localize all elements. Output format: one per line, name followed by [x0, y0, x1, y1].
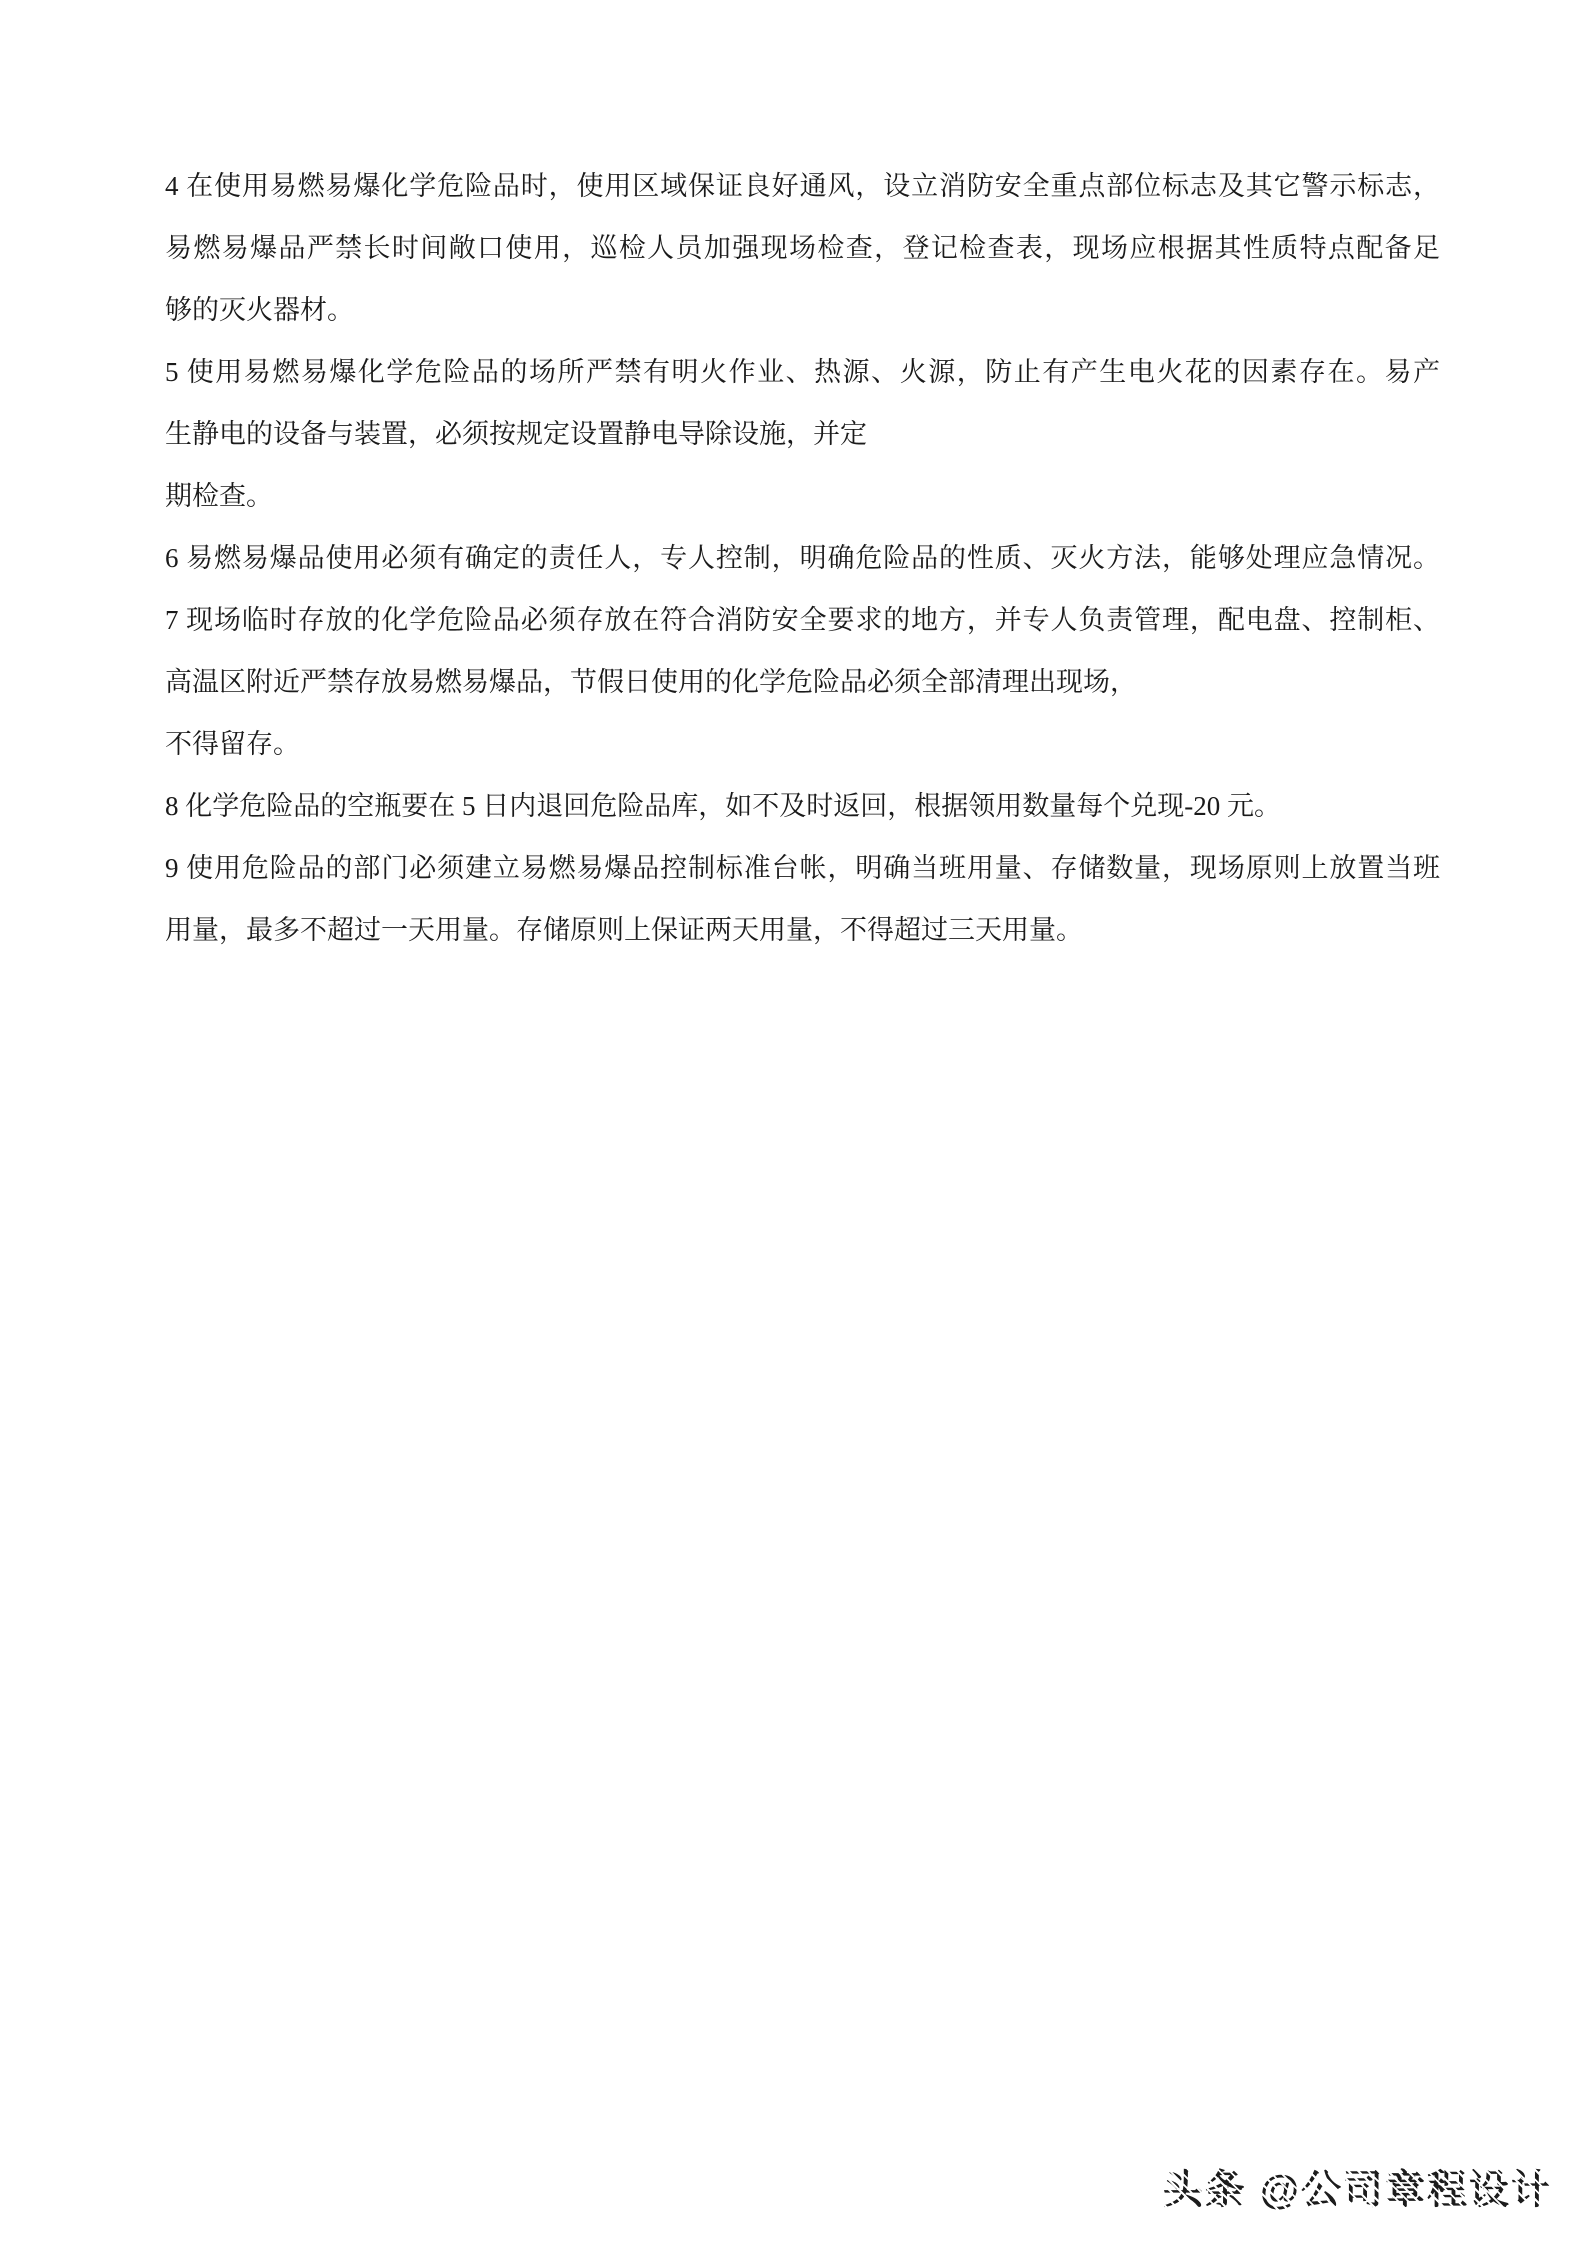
text-line: 4 在使用易燃易爆化学危险品时，使用区域保证良好通风，设立消防安全重点部位标志及… — [165, 155, 1440, 217]
text-line: 7 现场临时存放的化学危险品必须存放在符合消防安全要求的地方，并专人负责管理，配… — [165, 589, 1440, 651]
text-line: 6 易燃易爆品使用必须有确定的责任人，专人控制，明确危险品的性质、灭火方法，能够… — [165, 527, 1440, 589]
text-line: 高温区附近严禁存放易燃易爆品，节假日使用的化学危险品必须全部清理出现场， — [165, 651, 1440, 713]
text-line: 不得留存。 — [165, 713, 1440, 775]
text-line: 5 使用易燃易爆化学危险品的场所严禁有明火作业、热源、火源，防止有产生电火花的因… — [165, 341, 1440, 403]
document-page: 4 在使用易燃易爆化学危险品时，使用区域保证良好通风，设立消防安全重点部位标志及… — [0, 0, 1587, 2245]
text-line: 够的灭火器材。 — [165, 279, 1440, 341]
text-line: 9 使用危险品的部门必须建立易燃易爆品控制标准台帐，明确当班用量、存储数量，现场… — [165, 837, 1440, 899]
text-line: 期检查。 — [165, 465, 1440, 527]
watermark: 头条 @公司章程设计 — [1163, 2166, 1553, 2214]
text-line: 易燃易爆品严禁长时间敞口使用，巡检人员加强现场检查，登记检查表，现场应根据其性质… — [165, 217, 1440, 279]
page-text: 4 在使用易燃易爆化学危险品时，使用区域保证良好通风，设立消防安全重点部位标志及… — [165, 155, 1440, 961]
text-line: 用量，最多不超过一天用量。存储原则上保证两天用量，不得超过三天用量。 — [165, 899, 1440, 961]
text-line: 8 化学危险品的空瓶要在 5 日内退回危险品库，如不及时返回，根据领用数量每个兑… — [165, 775, 1440, 837]
watermark-text: 头条 @公司章程设计 — [1163, 2168, 1553, 2212]
text-line: 生静电的设备与装置，必须按规定设置静电导除设施，并定 — [165, 403, 1440, 465]
